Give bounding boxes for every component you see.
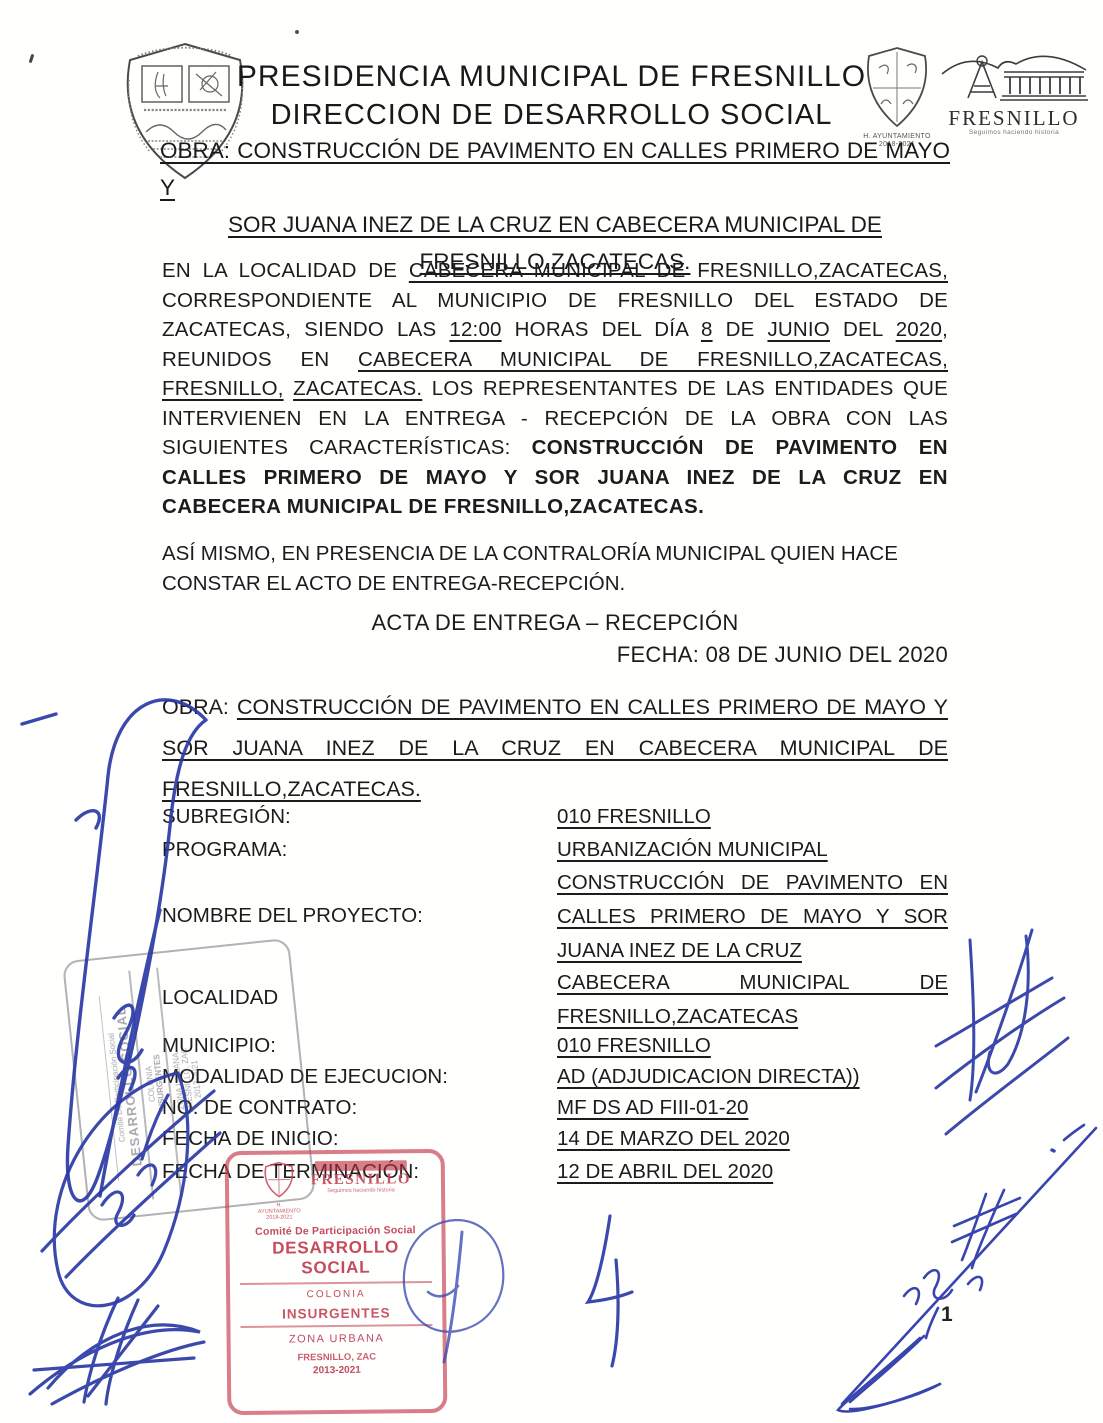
- page-number: 1: [941, 1303, 953, 1327]
- ink-stray-mark: [295, 30, 299, 34]
- fresnillo-logo: FRESNILLO Seguimos haciendo historia: [936, 48, 1092, 136]
- field-value-line: JUANA INEZ DE LA CRUZ: [557, 934, 948, 968]
- obra-heading-line1: OBRA: CONSTRUCCIÓN DE PAVIMENTO EN CALLE…: [160, 138, 950, 200]
- scanned-document-page: PRESIDENCIA MUNICIPAL DE FRESNILLO DIREC…: [0, 0, 1103, 1423]
- body-text-segment: EN LA LOCALIDAD DE: [162, 259, 409, 282]
- body-text-segment: HORAS DEL DÍA: [502, 318, 701, 341]
- body-text-segment: DEL: [830, 318, 896, 341]
- stamp-shield-caption2: 2018-2021: [257, 1214, 301, 1220]
- signature-right-crossed: [932, 922, 1072, 1137]
- stamp-brand-tagline: Seguimos haciendo historia: [309, 1187, 413, 1194]
- stamp-department: DESARROLLO SOCIAL: [236, 1237, 436, 1279]
- fresnillo-logo-tagline: Seguimos haciendo historia: [936, 129, 1092, 136]
- body-text-segment: DE: [713, 318, 768, 341]
- body-text-segment: FRESNILLO,: [162, 377, 284, 400]
- stamp-colonia-label: COLONIA: [236, 1288, 436, 1301]
- body-text-segment: 12:00: [449, 318, 501, 341]
- shield-icon: [865, 46, 929, 128]
- obra-second-line2: SOR JUANA INEZ DE LA CRUZ EN CABECERA MU…: [162, 736, 948, 760]
- field-value: AD (ADJUDICACION DIRECTA)): [557, 1061, 948, 1092]
- stamp-city: FRESNILLO, ZAC: [237, 1351, 437, 1364]
- signature-left-star: [22, 1292, 212, 1412]
- stamp-shield-caption1: H. AYUNTAMIENTO: [257, 1202, 301, 1214]
- asi-mismo-paragraph: ASÍ MISMO, EN PRESENCIA DE LA CONTRALORÍ…: [162, 539, 948, 599]
- body-text-segment: ZACATECAS.: [293, 377, 422, 400]
- stamp-committee: Comité De Participación Social: [235, 1224, 435, 1238]
- field-value-line: FRESNILLO,ZACATECAS: [557, 1000, 948, 1034]
- body-paragraph: EN LA LOCALIDAD DE CABECERA MUNICIPAL DE…: [162, 256, 948, 522]
- stamp-brand: FRESNILLO: [309, 1171, 413, 1188]
- obra-heading-line2: SOR JUANA INEZ DE LA CRUZ EN CABECERA MU…: [228, 212, 882, 237]
- stamp-years: 2013-2021: [237, 1364, 437, 1377]
- obra-second-line3: FRESNILLO,ZACATECAS.: [162, 777, 421, 801]
- body-text-segment: [284, 377, 293, 400]
- field-value: 12 DE ABRIL DEL 2020: [557, 1155, 948, 1188]
- field-value: MF DS AD FIII-01-20: [557, 1092, 948, 1123]
- field-value: 14 DE MARZO DEL 2020: [557, 1123, 948, 1155]
- field-row-programa: PROGRAMA: URBANIZACIÓN MUNICIPAL: [162, 833, 948, 866]
- fresnillo-logo-icon: [938, 48, 1090, 102]
- body-text-segment: 2020: [896, 318, 942, 341]
- field-value-line: CALLES PRIMERO DE MAYO Y SOR: [557, 900, 948, 934]
- field-row-subregion: SUBREGIÓN: 010 FRESNILLO: [162, 800, 948, 833]
- stamp-colonia-value: INSURGENTES: [236, 1305, 436, 1322]
- acta-fecha: FECHA: 08 DE JUNIO DEL 2020: [162, 642, 948, 668]
- body-text-segment: JUNIO: [767, 318, 830, 341]
- obra-second-label: OBRA:: [162, 695, 237, 719]
- stamp-zona: ZONA URBANA: [237, 1332, 437, 1346]
- acta-title: ACTA DE ENTREGA – RECEPCIÓN: [162, 610, 948, 636]
- fresnillo-logo-wordmark: FRESNILLO: [936, 107, 1092, 129]
- field-label: SUBREGIÓN:: [162, 800, 557, 833]
- field-value-line: CONSTRUCCIÓN DE PAVIMENTO EN: [557, 866, 948, 900]
- body-text-segment: 8: [701, 318, 713, 341]
- field-value-line: CABECERA MUNICIPAL DE: [557, 966, 948, 1000]
- stamp-banner: [315, 1160, 407, 1171]
- red-rubber-stamp: H. AYUNTAMIENTO 2018-2021 FRESNILLO Segu…: [225, 1149, 448, 1415]
- obra-second-line1: CONSTRUCCIÓN DE PAVIMENTO EN CALLES PRIM…: [237, 695, 948, 719]
- obra-second-heading: OBRA: CONSTRUCCIÓN DE PAVIMENTO EN CALLE…: [162, 687, 948, 810]
- field-value: URBANIZACIÓN MUNICIPAL: [557, 833, 948, 866]
- body-text-segment: CABECERA MUNICIPAL DE FRESNILLO,ZACATECA…: [358, 348, 948, 371]
- body-text-segment: CABECERA MUNICIPAL DE FRESNILLO,ZACATECA…: [409, 259, 948, 282]
- field-label: PROGRAMA:: [162, 833, 557, 866]
- field-value: 010 FRESNILLO: [557, 800, 948, 833]
- signature-four-stroke: [576, 1208, 646, 1373]
- field-value: 010 FRESNILLO: [557, 1030, 948, 1061]
- stamp-shield-icon: [264, 1161, 294, 1197]
